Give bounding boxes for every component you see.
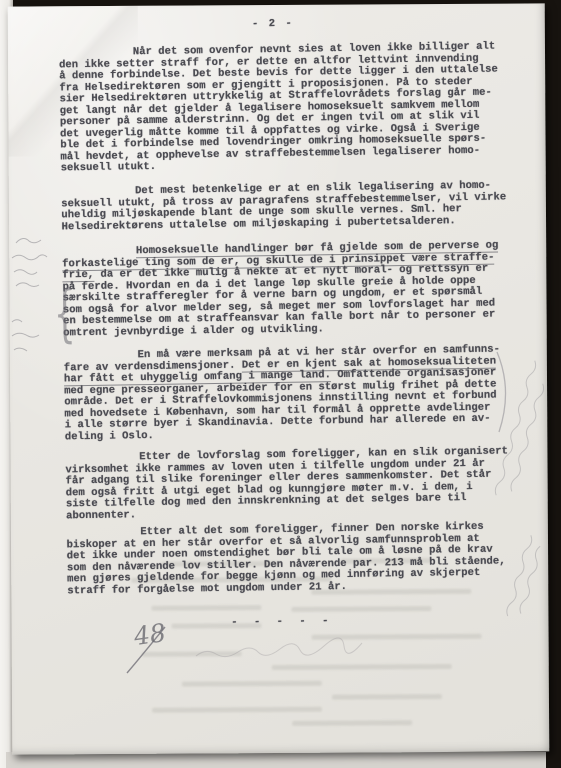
page-number: - 2 - xyxy=(4,15,541,35)
paragraph: Det mest betenkelige er at en slik legal… xyxy=(61,180,542,234)
pencil-brace: { xyxy=(53,284,76,342)
end-separator-dashes: - - - - - xyxy=(14,613,551,633)
paragraph: Etter de lovforslag som foreligger, kan … xyxy=(65,446,546,523)
photo-of-document: { "colors": { "background": "#17130f", "… xyxy=(0,0,561,768)
paragraph: Homoseksuelle handlinger bør få gjelde s… xyxy=(62,240,543,340)
paragraph: En må være merksam på at vi her står ove… xyxy=(64,344,545,444)
typewritten-text: - 2 - Når det som ovenfor nevnt sies at … xyxy=(4,1,553,757)
paragraph: Når det som ovenfor nevnt sies at loven … xyxy=(59,41,541,175)
paragraph: Etter alt det som foreligger, finner Den… xyxy=(66,521,547,598)
document-page: - 2 - Når det som ovenfor nevnt sies at … xyxy=(8,3,550,754)
handwritten-page-count: 48 xyxy=(133,627,166,643)
